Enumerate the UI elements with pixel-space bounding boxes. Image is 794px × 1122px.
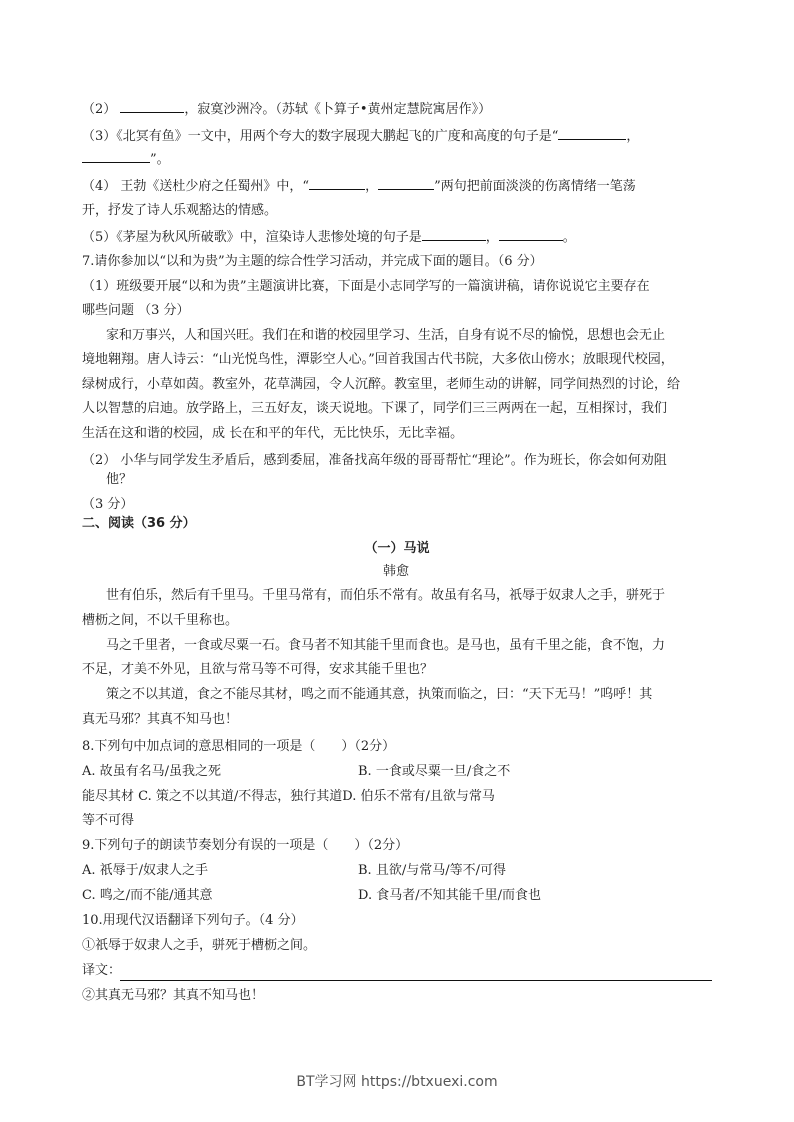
footer-watermark: BT学习网 https://btxuexi.com bbox=[0, 1071, 794, 1091]
q9-title: 9.下列句子的朗读节奏划分有误的一项是（ ）（2分） bbox=[82, 837, 408, 854]
speech-line: 家和万事兴，人和国兴旺。我们在和谐的校园里学习、生活，自身有说不尽的愉悦，思想也… bbox=[106, 327, 665, 344]
punct: 。 bbox=[563, 230, 576, 245]
q9-option-d: D. 食马者/不知其能千里/而食也 bbox=[358, 887, 541, 904]
q6-item3-line2: ”。 bbox=[82, 150, 170, 168]
punct: ， bbox=[626, 129, 639, 144]
speech-line: 绿树成行，小草如茵。教室外，花草满园，令人沉醉。教室里，老师生动的讲解，同学间热… bbox=[82, 376, 680, 393]
fill-blank[interactable] bbox=[82, 150, 150, 163]
passage-line: 槽枥之间，不以千里称也。 bbox=[82, 612, 238, 629]
passage-line: 世有伯乐，然后有千里马。千里马常有，而伯乐不常有。故虽有名马，祇辱于奴隶人之手，… bbox=[106, 587, 665, 604]
q6-item4-line2: 开，抒发了诗人乐观豁达的情感。 bbox=[82, 202, 277, 219]
q9-option-a: A. 祇辱于/奴隶人之手 bbox=[82, 862, 208, 879]
section-heading: 二、阅读（36 分） bbox=[82, 515, 196, 532]
fill-blank[interactable] bbox=[422, 228, 486, 241]
q9-option-b: B. 且欲/与常马/等不/可得 bbox=[358, 862, 506, 879]
fill-blank[interactable] bbox=[309, 177, 365, 190]
fill-blank[interactable] bbox=[499, 228, 563, 241]
q8-option-b: B. 一食或尽粟一旦/食之不 bbox=[358, 763, 510, 780]
q7-title: 7.请你参加以“以和为贵”为主题的综合性学习活动，并完成下面的题目。（6 分） bbox=[82, 253, 543, 270]
q6-item3-line1: （3）《北冥有鱼》一文中，用两个夸大的数字展现大鹏起飞的广度和高度的句子是“， bbox=[82, 127, 639, 145]
passage-line: 真无马邪？其真不知马也！ bbox=[82, 711, 238, 728]
q8-line2: 能尽其材 C. 策之不以其道/不得志，独行其道D. 伯乐不常有/且欲与常马 bbox=[82, 788, 495, 805]
item-text: ”两句把前面淡淡的伤离情绪一笔荡 bbox=[434, 179, 636, 194]
q7-sub2-line2: 他？ bbox=[106, 471, 132, 488]
q7-sub1-line1: （1）班级要开展“以和为贵”主题演讲比赛，下面是小志同学写的一篇演讲稿，请你说说… bbox=[82, 278, 650, 295]
speech-line: 人以智慧的启迪。放学路上，三五好友，谈天说地。下课了，同学们三三两两在一起，互相… bbox=[82, 400, 667, 417]
passage-title: （一）马说 bbox=[0, 540, 794, 557]
q9-option-c: C. 鸣之/而不能/通其意 bbox=[82, 887, 213, 904]
item-text: （3）《北冥有鱼》一文中，用两个夸大的数字展现大鹏起飞的广度和高度的句子是“ bbox=[82, 129, 558, 144]
q7-sub2-score: （3 分） bbox=[82, 496, 133, 513]
q10-sentence-1: ①祇辱于奴隶人之手，骈死于槽枥之间。 bbox=[82, 937, 316, 954]
punct: ， bbox=[365, 179, 378, 194]
q7-sub1-line2: 哪些问题 （3 分） bbox=[82, 302, 190, 319]
item-number: （2） bbox=[82, 102, 116, 117]
q10-title: 10.用现代汉语翻译下列句子。（4 分） bbox=[82, 912, 304, 929]
passage-line: 策之不以其道，食之不能尽其材，鸣之而不能通其意，执策而临之，曰：“天下无马！”呜… bbox=[106, 686, 652, 703]
passage-line: 马之千里者，一食或尽粟一石。食马者不知其能千里而食也。是马也，虽有千里之能，食不… bbox=[106, 637, 665, 654]
speech-line: 境地翱翔。唐人诗云：“山光悦鸟性，潭影空人心。”回首我国古代书院，大多依山傍水；… bbox=[82, 351, 674, 368]
fill-blank[interactable] bbox=[120, 100, 184, 113]
item-text: （4） 王勃《送杜少府之任蜀州》中，“ bbox=[82, 179, 309, 194]
punct: ”。 bbox=[150, 152, 170, 167]
q8-title: 8.下列句中加点词的意思相同的一项是（ ）（2分） bbox=[82, 738, 395, 755]
punct: ， bbox=[486, 230, 499, 245]
item-text: ，寂寞沙洲冷。（苏轼《卜算子•黄州定慧院寓居作》） bbox=[184, 102, 491, 117]
passage-line: 不足，才美不外见，且欲与常马等不可得，安求其能千里也？ bbox=[82, 661, 433, 678]
q6-item2: （2） ，寂寞沙洲冷。（苏轼《卜算子•黄州定慧院寓居作》） bbox=[82, 100, 491, 118]
q8-line3: 等不可得 bbox=[82, 812, 134, 829]
speech-line: 生活在这和谐的校园，成 长在和平的年代，无比快乐，无比幸福。 bbox=[82, 425, 463, 442]
fill-blank[interactable] bbox=[558, 127, 626, 140]
answer-line[interactable] bbox=[120, 980, 712, 981]
item-text: （5）《茅屋为秋风所破歌》中，渲染诗人悲惨处境的句子是 bbox=[82, 230, 422, 245]
q7-sub2-line1: （2） 小华与同学发生矛盾后，感到委屈，准备找高年级的哥哥帮忙“理论”。作为班长… bbox=[82, 452, 667, 469]
q6-item5: （5）《茅屋为秋风所破歌》中，渲染诗人悲惨处境的句子是，。 bbox=[82, 228, 576, 246]
q8-option-a: A. 故虽有名马/虽我之死 bbox=[82, 763, 221, 780]
q10-sentence-2: ②其真无马邪？其真不知马也！ bbox=[82, 987, 264, 1004]
passage-author: 韩愈 bbox=[383, 563, 409, 580]
answer-label: 译文： bbox=[82, 962, 121, 979]
q6-item4-line1: （4） 王勃《送杜少府之任蜀州》中，“，”两句把前面淡淡的伤离情绪一笔荡 bbox=[82, 177, 636, 195]
exam-page: （2） ，寂寞沙洲冷。（苏轼《卜算子•黄州定慧院寓居作》） （3）《北冥有鱼》一… bbox=[0, 0, 794, 1122]
fill-blank[interactable] bbox=[378, 177, 434, 190]
